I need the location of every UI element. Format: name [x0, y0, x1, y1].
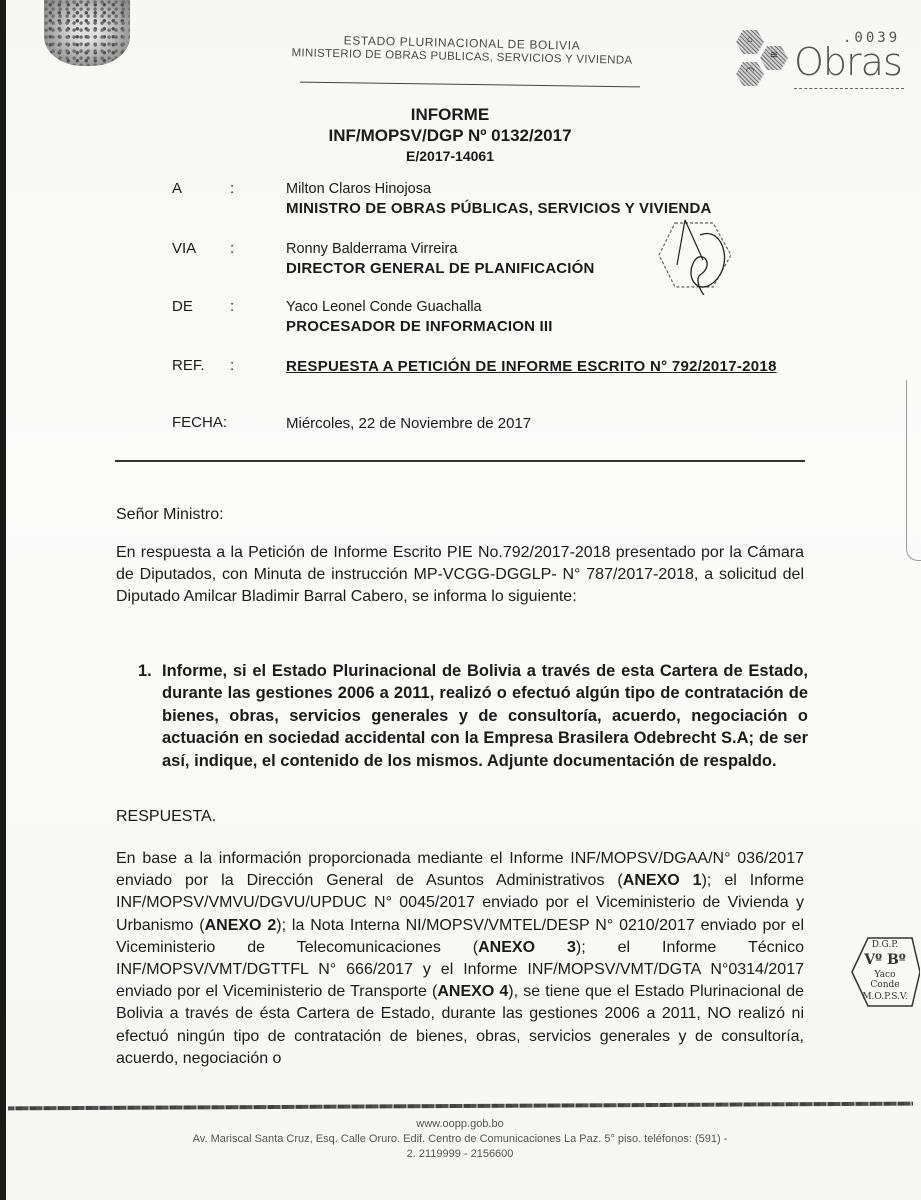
house-icon: ⌂ — [736, 30, 764, 54]
salutation: Señor Ministro: — [116, 504, 804, 526]
footer-phone: 2. 2119999 - 2156600 — [60, 1148, 860, 1160]
wifi-icon: ◠ — [736, 62, 764, 86]
via-name: Ronny Balderrama Virreira — [286, 240, 816, 259]
report-reference: E/2017-14061 — [240, 146, 660, 166]
recipient-role: MINISTRO DE OBRAS PÚBLICAS, SERVICIOS Y … — [286, 199, 816, 218]
field-colon: : — [230, 240, 234, 257]
question-item: 1. Informe, si el Estado Plurinacional d… — [138, 660, 808, 772]
field-to-label: A — [172, 180, 182, 197]
stamp-name-first: Yaco — [850, 970, 920, 980]
annex-reference: ANEXO 3 — [478, 939, 576, 956]
intro-paragraph: En respuesta a la Petición de Informe Es… — [116, 542, 804, 609]
response-heading: RESPUESTA. — [116, 806, 804, 828]
field-date-label: FECHA: — [172, 414, 227, 431]
stamp-ministry: M.O.P.S.V. — [850, 992, 920, 1002]
letterhead: ESTADO PLURINACIONAL DE BOLIVIA MINISTER… — [262, 36, 662, 63]
report-code: INF/MOPSV/DGP Nº 0132/2017 — [240, 125, 660, 146]
field-ref-label: REF. — [172, 357, 205, 374]
field-colon: : — [230, 357, 234, 374]
report-title-block: INFORME INF/MOPSV/DGP Nº 0132/2017 E/201… — [240, 104, 660, 166]
header-divider — [115, 460, 805, 462]
road-icon: ≋ — [760, 46, 788, 70]
question-text: Informe, si el Estado Plurinacional de B… — [162, 660, 808, 772]
via-role: DIRECTOR GENERAL DE PLANIFICACIÓN — [286, 259, 816, 278]
report-title: INFORME — [240, 104, 660, 125]
coat-of-arms-icon — [44, 0, 130, 66]
stamp-dept: D.G.P. — [850, 940, 920, 950]
footer-address: Av. Mariscal Santa Cruz, Esq. Calle Orur… — [60, 1133, 860, 1145]
logo-text: Obras — [794, 40, 902, 84]
field-colon: : — [230, 180, 234, 197]
page-fold — [906, 380, 921, 561]
logo-underline — [794, 88, 904, 89]
field-colon: : — [230, 298, 234, 315]
reference-subject: RESPUESTA A PETICIÓN DE INFORME ESCRITO … — [286, 358, 777, 375]
response-paragraph: En base a la información proporcionada m… — [116, 848, 804, 1070]
recipient-name: Milton Claros Hinojosa — [286, 180, 816, 199]
sender-name: Yaco Leonel Conde Guachalla — [286, 298, 816, 317]
stamp-vobo: Vº Bº — [850, 952, 920, 968]
footer-website: www.oopp.gob.bo — [60, 1118, 860, 1130]
annex-reference: ANEXO 4 — [437, 983, 508, 1000]
signature-stamp-icon — [655, 215, 735, 295]
approval-stamp: D.G.P. Vº Bº Yaco Conde M.O.P.S.V. — [850, 932, 920, 1012]
obras-logo: ⌂ ≋ ◠ Obras — [728, 28, 908, 98]
document-date: Miércoles, 22 de Noviembre de 2017 — [286, 415, 531, 432]
sender-role: PROCESADOR DE INFORMACION III — [286, 317, 816, 336]
annex-reference: ANEXO 2 — [205, 917, 277, 934]
stamp-name-last: Conde — [850, 980, 920, 990]
field-from-label: DE — [172, 298, 193, 315]
annex-reference: ANEXO 1 — [623, 872, 702, 889]
question-number: 1. — [138, 660, 152, 682]
field-via-label: VIA — [172, 240, 196, 257]
